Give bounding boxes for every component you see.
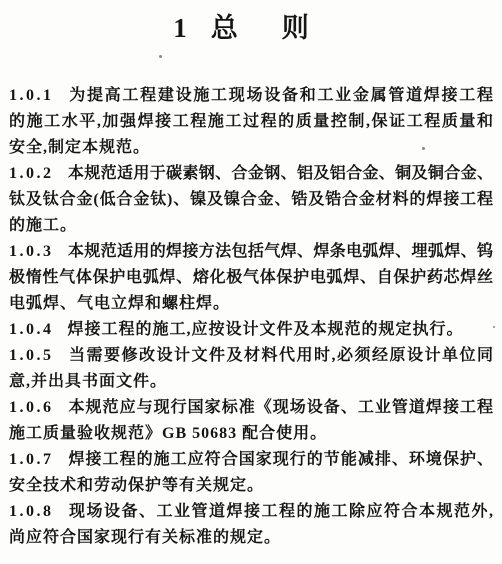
clause-list: 1.0.1为提高工程建设施工现场设备和工业金属管道焊接工程的施工水平,加强焊接工…	[9, 83, 493, 551]
scan-speck	[493, 326, 495, 328]
clause-number: 1.0.1	[9, 87, 54, 104]
clause-line: 的施工水平,加强焊接工程施工过程的质量控制,保证工程质量和	[9, 109, 493, 135]
chapter-number: 1	[173, 13, 187, 43]
clause: 1.0.1为提高工程建设施工现场设备和工业金属管道焊接工程的施工水平,加强焊接工…	[9, 83, 493, 161]
clause-text: 本规范应与现行国家标准《现场设备、工业管道焊接工程	[68, 399, 494, 416]
clause-line: 电弧焊、气电立焊和螺柱焊。	[9, 291, 493, 317]
clause: 1.0.4焊接工程的施工,应按设计文件及本规范的规定执行。	[9, 317, 493, 343]
clause-line: 极惰性气体保护电弧焊、熔化极气体保护电弧焊、自保护药芯焊丝	[9, 265, 493, 291]
clause-number: 1.0.4	[9, 321, 54, 338]
clause-line: 安全,制定本规范。	[9, 135, 493, 161]
clause-text: 现场设备、工业管道焊接工程的施工除应符合本规范外,	[68, 503, 494, 520]
document-page: 1总则 1.0.1为提高工程建设施工现场设备和工业金属管道焊接工程的施工水平,加…	[0, 0, 502, 564]
clause-number: 1.0.7	[9, 451, 54, 468]
clause-line: 1.0.4焊接工程的施工,应按设计文件及本规范的规定执行。	[9, 317, 493, 343]
clause-number: 1.0.3	[9, 243, 54, 260]
scan-speck	[422, 147, 425, 150]
clause: 1.0.3本规范适用的焊接方法包括气焊、焊条电弧焊、埋弧焊、钨极惰性气体保护电弧…	[9, 239, 493, 317]
clause-number: 1.0.6	[9, 399, 54, 416]
clause-line: 1.0.7焊接工程的施工应符合国家现行的节能减排、环境保护、	[9, 447, 493, 473]
clause-text: 焊接工程的施工应符合国家现行的节能减排、环境保护、	[68, 451, 494, 468]
clause-line: 1.0.3本规范适用的焊接方法包括气焊、焊条电弧焊、埋弧焊、钨	[9, 239, 493, 265]
clause-line: 施工质量验收规范》GB 50683 配合使用。	[9, 421, 493, 447]
clause-line: 1.0.5当需要修改设计文件及材料代用时,必须经原设计单位同	[9, 343, 493, 369]
clause-line: 1.0.6本规范应与现行国家标准《现场设备、工业管道焊接工程	[9, 395, 493, 421]
clause: 1.0.5当需要修改设计文件及材料代用时,必须经原设计单位同意,并出具书面文件。	[9, 343, 493, 395]
clause-text: 本规范适用于碳素钢、合金钢、铝及铝合金、铜及铜合金、	[68, 165, 494, 182]
clause-text: 为提高工程建设施工现场设备和工业金属管道焊接工程	[68, 87, 494, 104]
clause-line: 意,并出具书面文件。	[9, 369, 493, 395]
clause-text: 当需要修改设计文件及材料代用时,必须经原设计单位同	[68, 347, 494, 364]
clause: 1.0.7焊接工程的施工应符合国家现行的节能减排、环境保护、安全技术和劳动保护等…	[9, 447, 493, 499]
chapter-title-char-1: 总	[211, 13, 238, 43]
clause: 1.0.2本规范适用于碳素钢、合金钢、铝及铝合金、铜及铜合金、钛及钛合金(低合金…	[9, 161, 493, 239]
clause-line: 1.0.1为提高工程建设施工现场设备和工业金属管道焊接工程	[9, 83, 493, 109]
clause-line: 尚应符合国家现行有关标准的规定。	[9, 525, 493, 551]
clause-line: 钛及钛合金(低合金钛)、镍及镍合金、锆及锆合金材料的焊接工程	[9, 187, 493, 213]
clause-line: 的施工。	[9, 213, 493, 239]
clause-number: 1.0.5	[9, 347, 54, 364]
chapter-title-char-2: 则	[282, 13, 309, 43]
clause: 1.0.6本规范应与现行国家标准《现场设备、工业管道焊接工程施工质量验收规范》G…	[9, 395, 493, 447]
clause-number: 1.0.8	[9, 503, 54, 520]
clause: 1.0.8现场设备、工业管道焊接工程的施工除应符合本规范外,尚应符合国家现行有关…	[9, 499, 493, 551]
clause-line: 1.0.2本规范适用于碳素钢、合金钢、铝及铝合金、铜及铜合金、	[9, 161, 493, 187]
clause-text: 焊接工程的施工,应按设计文件及本规范的规定执行。	[68, 321, 464, 338]
clause-line: 1.0.8现场设备、工业管道焊接工程的施工除应符合本规范外,	[9, 499, 493, 525]
scan-speck	[159, 55, 162, 58]
clause-number: 1.0.2	[9, 165, 54, 182]
chapter-title: 1总则	[0, 6, 492, 45]
clause-text: 本规范适用的焊接方法包括气焊、焊条电弧焊、埋弧焊、钨	[68, 243, 494, 260]
clause-line: 安全技术和劳动保护等有关规定。	[9, 473, 493, 499]
